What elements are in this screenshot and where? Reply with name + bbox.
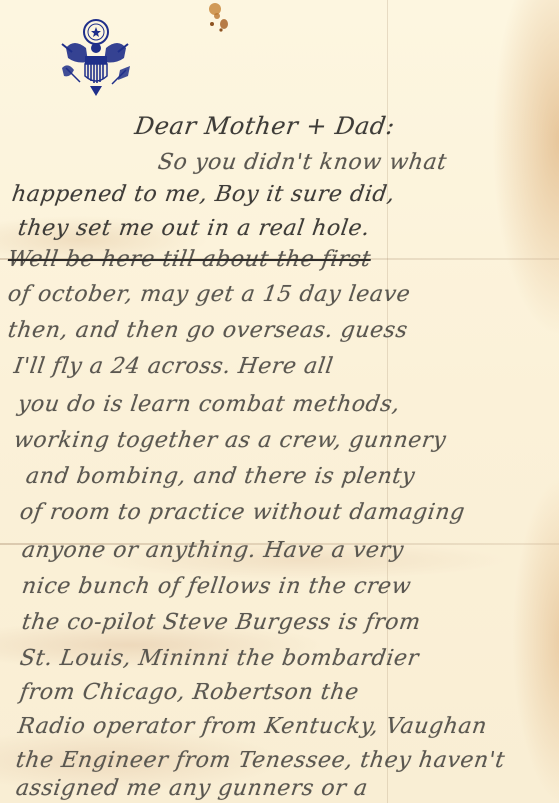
- letter-line: I'll fly a 24 across. Here all: [12, 354, 335, 379]
- letter-line: from Chicago, Robertson the: [18, 680, 360, 705]
- rust-stain-icon: [205, 2, 231, 34]
- letter-line: they set me out in a real hole.: [16, 216, 371, 241]
- letter-line: anyone or anything. Have a very: [20, 538, 405, 563]
- letter-line: of october, may get a 15 day leave: [6, 282, 412, 307]
- letter-line: the co-pilot Steve Burgess is from: [20, 610, 422, 635]
- letter-line: happened to me, Boy it sure did,: [10, 182, 396, 207]
- letter-line: working together as a crew, gunnery: [12, 428, 448, 453]
- letter-line: Radio operator from Kentucky, Vaughan: [16, 714, 488, 739]
- letter-line: then, and then go overseas. guess: [6, 318, 409, 343]
- letter-line-struck-through: Well be here till about the first: [6, 247, 372, 272]
- letter-line: assigned me any gunners or a: [14, 776, 369, 801]
- letter-line: and bombing, and there is plenty: [24, 464, 416, 489]
- letter-line: of room to practice without damaging: [18, 500, 466, 525]
- letter-line: So you didn't know what: [156, 150, 448, 175]
- salutation: Dear Mother + Dad:: [133, 112, 397, 140]
- letter-page: Dear Mother + Dad: So you didn't know wh…: [0, 0, 559, 803]
- great-seal-eagle-icon: [58, 18, 134, 100]
- letter-line: nice bunch of fellows in the crew: [20, 574, 413, 599]
- letter-line: the Engineer from Tenessee, they haven't: [14, 748, 506, 773]
- letter-line: you do is learn combat methods,: [16, 392, 401, 417]
- letter-line: St. Louis, Mininni the bombardier: [18, 646, 420, 671]
